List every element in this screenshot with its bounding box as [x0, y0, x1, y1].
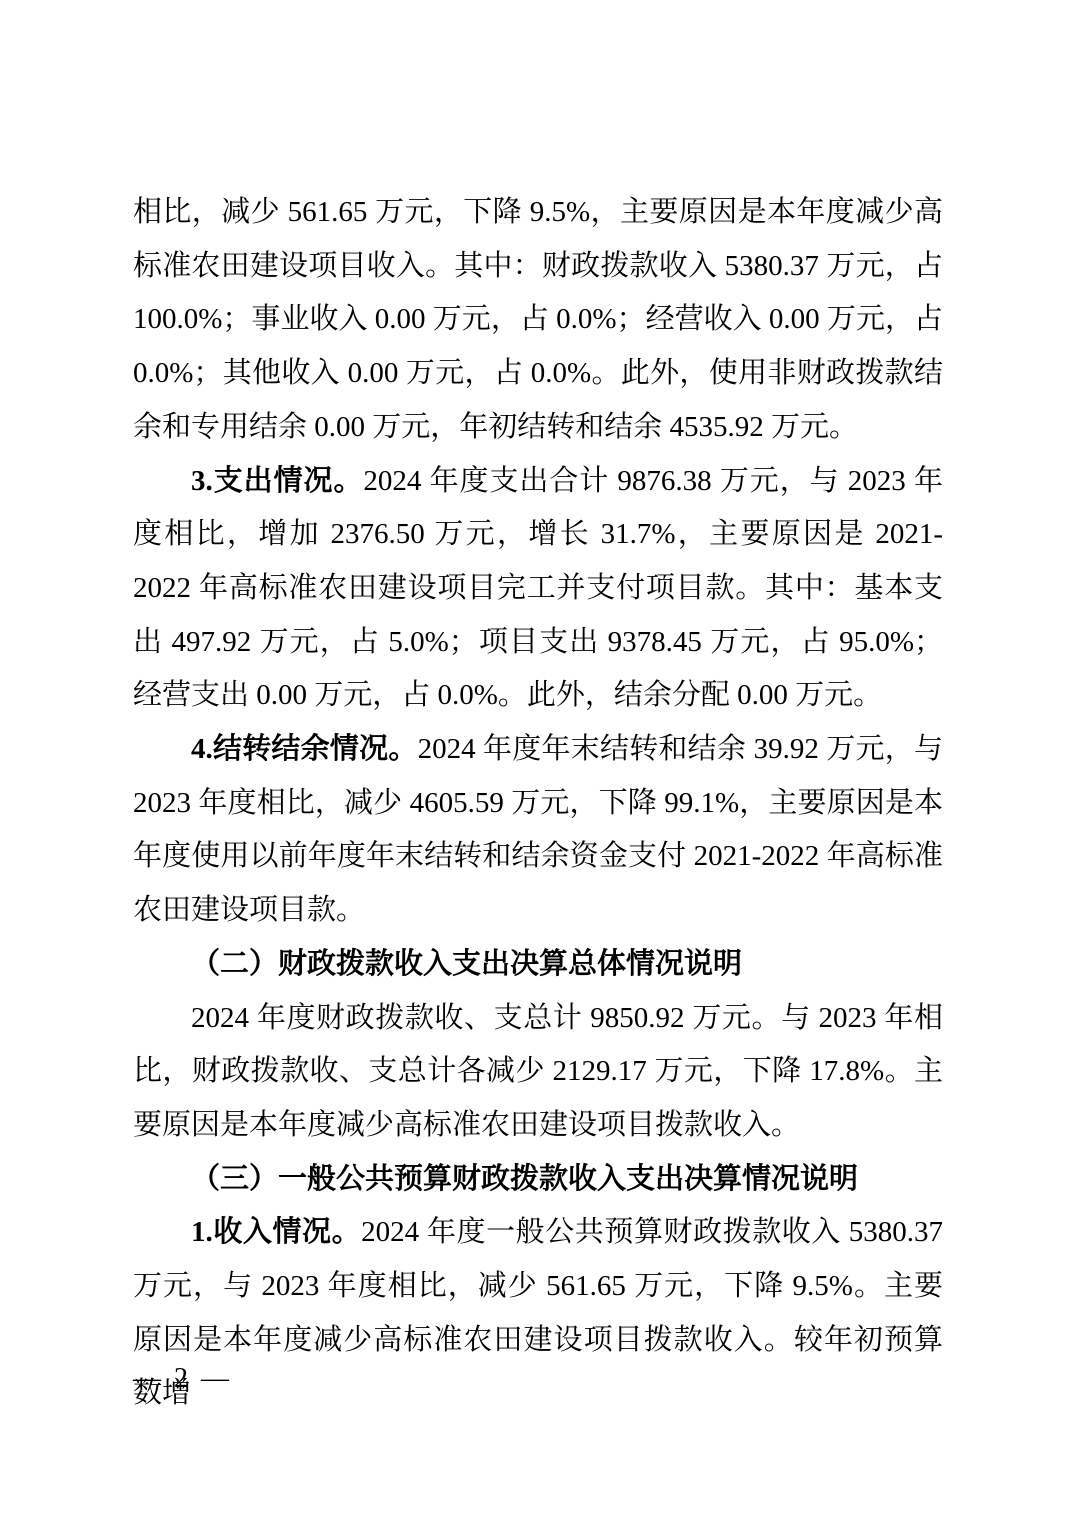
heading-text: （二）财政拨款收入支出决算总体情况说明 — [191, 948, 742, 980]
paragraph-text: 2024 年度支出合计 9876.38 万元，与 2023 年度相比，增加 23… — [133, 465, 943, 712]
paragraph-general-budget-income: 1.收入情况。2024 年度一般公共预算财政拨款收入 5380.37 万元，与 … — [133, 1206, 943, 1421]
paragraph-lead-bold: 1.收入情况。 — [191, 1216, 361, 1248]
heading-text: （三）一般公共预算财政拨款收入支出决算情况说明 — [191, 1163, 858, 1195]
paragraph-lead-bold: 4.结转结余情况。 — [191, 733, 418, 765]
paragraph-lead-bold: 3.支出情况。 — [191, 465, 363, 497]
paragraph-text: 相比，减少 561.65 万元，下降 9.5%，主要原因是本年度减少高标准农田建… — [133, 196, 943, 443]
heading-section-two: （二）财政拨款收入支出决算总体情况说明 — [133, 938, 943, 992]
paragraph-income-continuation: 相比，减少 561.65 万元，下降 9.5%，主要原因是本年度减少高标准农田建… — [133, 186, 943, 455]
paragraph-expenditure-situation: 3.支出情况。2024 年度支出合计 9876.38 万元，与 2023 年度相… — [133, 455, 943, 724]
document-page: 相比，减少 561.65 万元，下降 9.5%，主要原因是本年度减少高标准农田建… — [0, 0, 1075, 1520]
paragraph-text: 2024 年度财政拨款收、支总计 9850.92 万元。与 2023 年相比，财… — [133, 1002, 943, 1141]
page-footer: — 2 — — [133, 1364, 232, 1394]
heading-section-three: （三）一般公共预算财政拨款收入支出决算情况说明 — [133, 1153, 943, 1207]
paragraph-carryover-balance: 4.结转结余情况。2024 年度年末结转和结余 39.92 万元，与 2023 … — [133, 723, 943, 938]
paragraph-fiscal-appropriation-total: 2024 年度财政拨款收、支总计 9850.92 万元。与 2023 年相比，财… — [133, 992, 943, 1153]
page-number: — 2 — — [133, 1363, 232, 1394]
